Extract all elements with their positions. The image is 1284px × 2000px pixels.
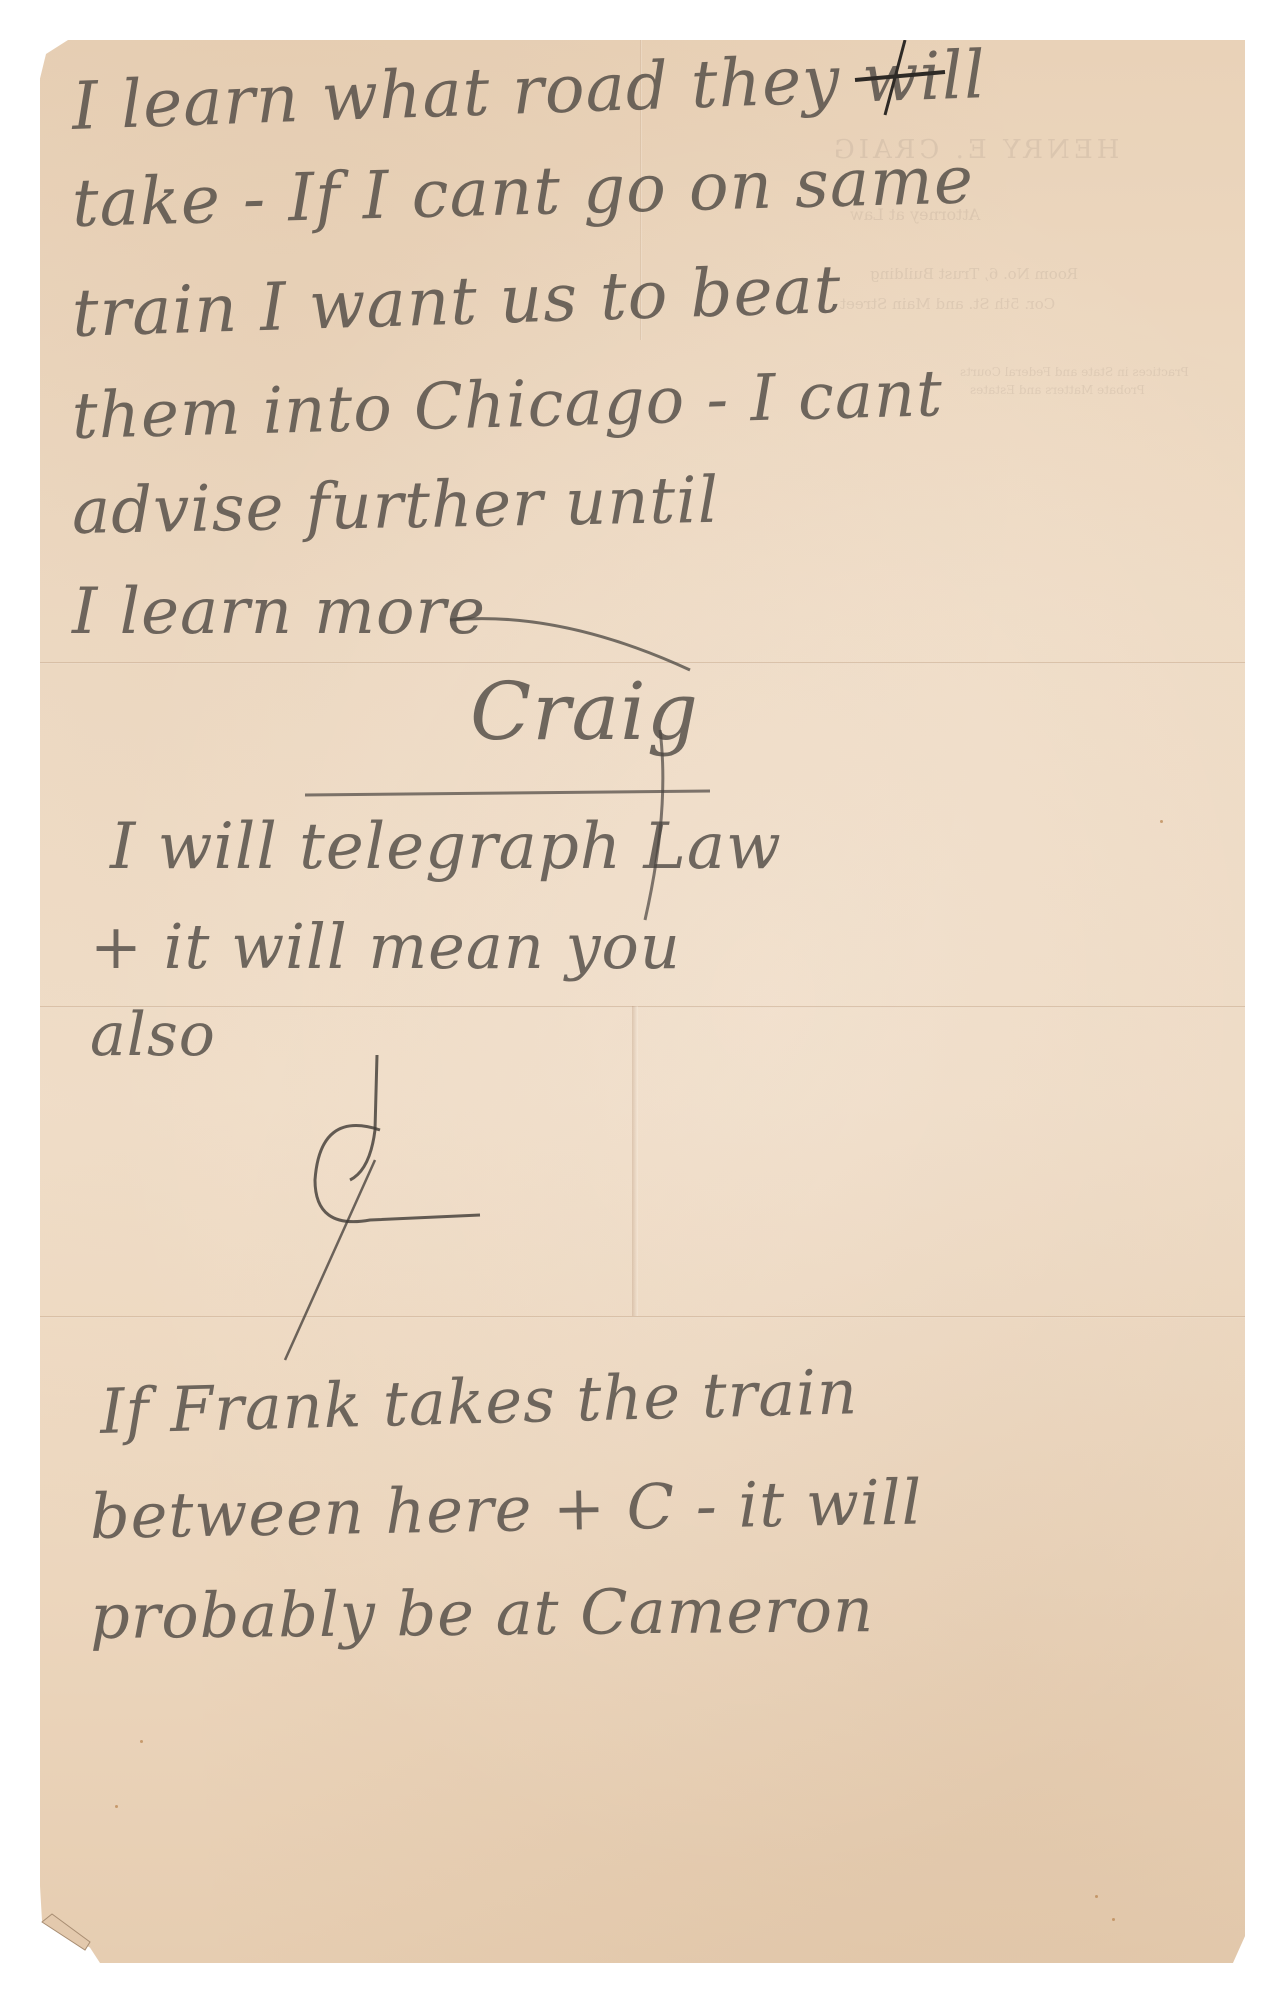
paper-spot xyxy=(1112,1918,1115,1921)
fold-line xyxy=(40,1006,1245,1008)
letterhead-bleed-through: Probate Matters and Estates xyxy=(970,383,1145,397)
postscript-line: + it will mean you xyxy=(90,910,681,983)
letterhead-bleed-through: Cor. 5th St. and Main Street xyxy=(840,295,1055,313)
paper-spot xyxy=(1095,1895,1098,1898)
fold-line xyxy=(40,662,1245,664)
postscript-line: probably be at Cameron xyxy=(90,1573,875,1653)
fold-line xyxy=(40,1316,1245,1318)
postscript-line: I will telegraph Law xyxy=(110,810,782,884)
paper-spot xyxy=(1160,820,1163,823)
letter-line: I learn more xyxy=(72,575,486,649)
paper-spot xyxy=(115,1805,118,1808)
dog-eared-corner xyxy=(40,1912,95,1952)
signature-craig: Craig xyxy=(470,665,699,758)
fold-line xyxy=(632,1006,638,1316)
letter-line: advise further until xyxy=(71,464,719,549)
paper-spot xyxy=(140,1740,143,1743)
letterhead-bleed-through: Practices in State and Federal Courts xyxy=(960,365,1189,379)
letterhead-bleed-through: Room No. 6, Trust Building xyxy=(870,265,1078,283)
postscript-line: between here + C - it will xyxy=(89,1465,923,1553)
postscript-line: also xyxy=(90,1000,216,1070)
